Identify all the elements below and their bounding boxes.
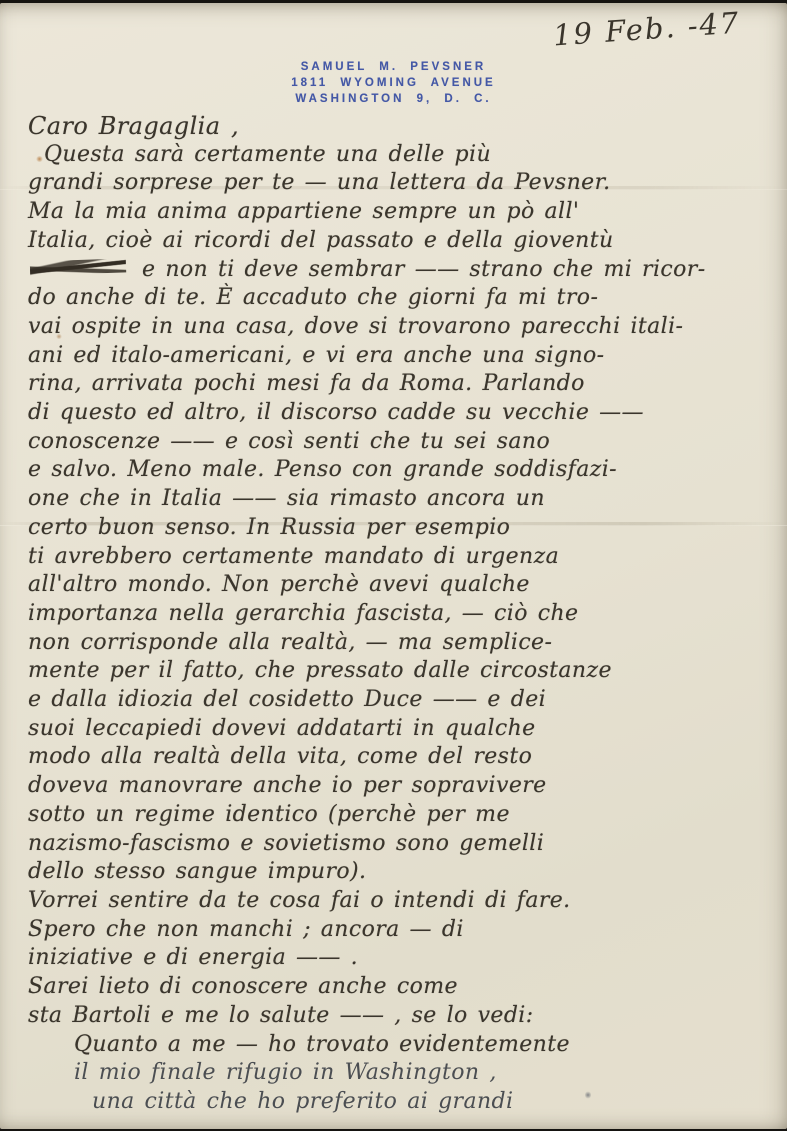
handwritten-line: ani ed italo-americani, e vi era anche u… xyxy=(28,342,769,371)
handwritten-line: importanza nella gerarchia fascista, — c… xyxy=(28,600,769,629)
handwritten-line: modo alla realtà della vita, come del re… xyxy=(28,743,769,772)
handwritten-line: all'altro mondo. Non perchè avevi qualch… xyxy=(28,571,769,600)
handwritten-line: nazismo-fascismo e sovietismo sono gemel… xyxy=(28,830,769,859)
handwritten-line: iniziative e di energia —— . xyxy=(28,944,769,973)
letterhead-address: 1811 WYOMING AVENUE xyxy=(0,75,787,91)
handwritten-line: dello stesso sangue impuro). xyxy=(28,858,769,887)
letterhead-city: WASHINGTON 9, D. C. xyxy=(0,91,787,107)
handwritten-line: grandi sorprese per te — una lettera da … xyxy=(28,169,769,198)
handwritten-line: conoscenze —— e così senti che tu sei sa… xyxy=(28,428,769,457)
handwritten-line-with-scribble: e non ti deve sembrar —— strano che mi r… xyxy=(28,256,769,285)
handwritten-line: suoi leccapiedi dovevi addatarti in qual… xyxy=(28,715,769,744)
handwritten-line: vai ospite in una casa, dove si trovaron… xyxy=(28,313,769,342)
letterhead-name: SAMUEL M. PEVSNER xyxy=(0,59,787,75)
letter-body: Caro Bragaglia , Questa sarà certamente … xyxy=(28,112,769,1117)
letter-paper: 19 Feb. -47 SAMUEL M. PEVSNER 1811 WYOMI… xyxy=(0,3,787,1129)
handwritten-line: mente per il fatto, che pressato dalle c… xyxy=(28,657,769,686)
handwritten-line: doveva manovrare anche io per sopraviver… xyxy=(28,772,769,801)
handwritten-line: non corrisponde alla realtà, — ma sempli… xyxy=(28,629,769,658)
handwritten-line: Vorrei sentire da te cosa fai o intendi … xyxy=(28,887,769,916)
handwritten-line: e salvo. Meno male. Penso con grande sod… xyxy=(28,456,769,485)
handwritten-line: di questo ed altro, il discorso cadde su… xyxy=(28,399,769,428)
salutation: Caro Bragaglia , xyxy=(28,112,769,141)
handwritten-line: Spero che non manchi ; ancora — di xyxy=(28,916,769,945)
handwritten-line: sta Bartoli e me lo salute —— , se lo ve… xyxy=(28,1002,769,1031)
handwritten-line: una città che ho preferito ai grandi xyxy=(28,1088,769,1117)
handwritten-line: Ma la mia anima appartiene sempre un pò … xyxy=(28,198,769,227)
handwritten-line: e dalla idiozia del cosidetto Duce —— e … xyxy=(28,686,769,715)
handwritten-line: sotto un regime identico (perchè per me xyxy=(28,801,769,830)
handwritten-line: Italia, cioè ai ricordi del passato e de… xyxy=(28,227,769,256)
handwritten-line: ti avrebbero certamente mandato di urgen… xyxy=(28,543,769,572)
handwritten-line: do anche di te. È accaduto che giorni fa… xyxy=(28,284,769,313)
handwritten-line: rina, arrivata pochi mesi fa da Roma. Pa… xyxy=(28,370,769,399)
handwritten-line: il mio finale rifugio in Washington , xyxy=(28,1059,769,1088)
handwritten-line: certo buon senso. In Russia per esempio xyxy=(28,514,769,543)
handwritten-date: 19 Feb. -47 xyxy=(553,8,742,50)
handwritten-line: Sarei lieto di conoscere anche come xyxy=(28,973,769,1002)
handwritten-line: one che in Italia —— sia rimasto ancora … xyxy=(28,485,769,514)
handwritten-line: Quanto a me — ho trovato evidentemente xyxy=(28,1031,769,1060)
handwritten-line: Questa sarà certamente una delle più xyxy=(28,141,769,170)
letterhead: SAMUEL M. PEVSNER 1811 WYOMING AVENUE WA… xyxy=(0,59,787,107)
